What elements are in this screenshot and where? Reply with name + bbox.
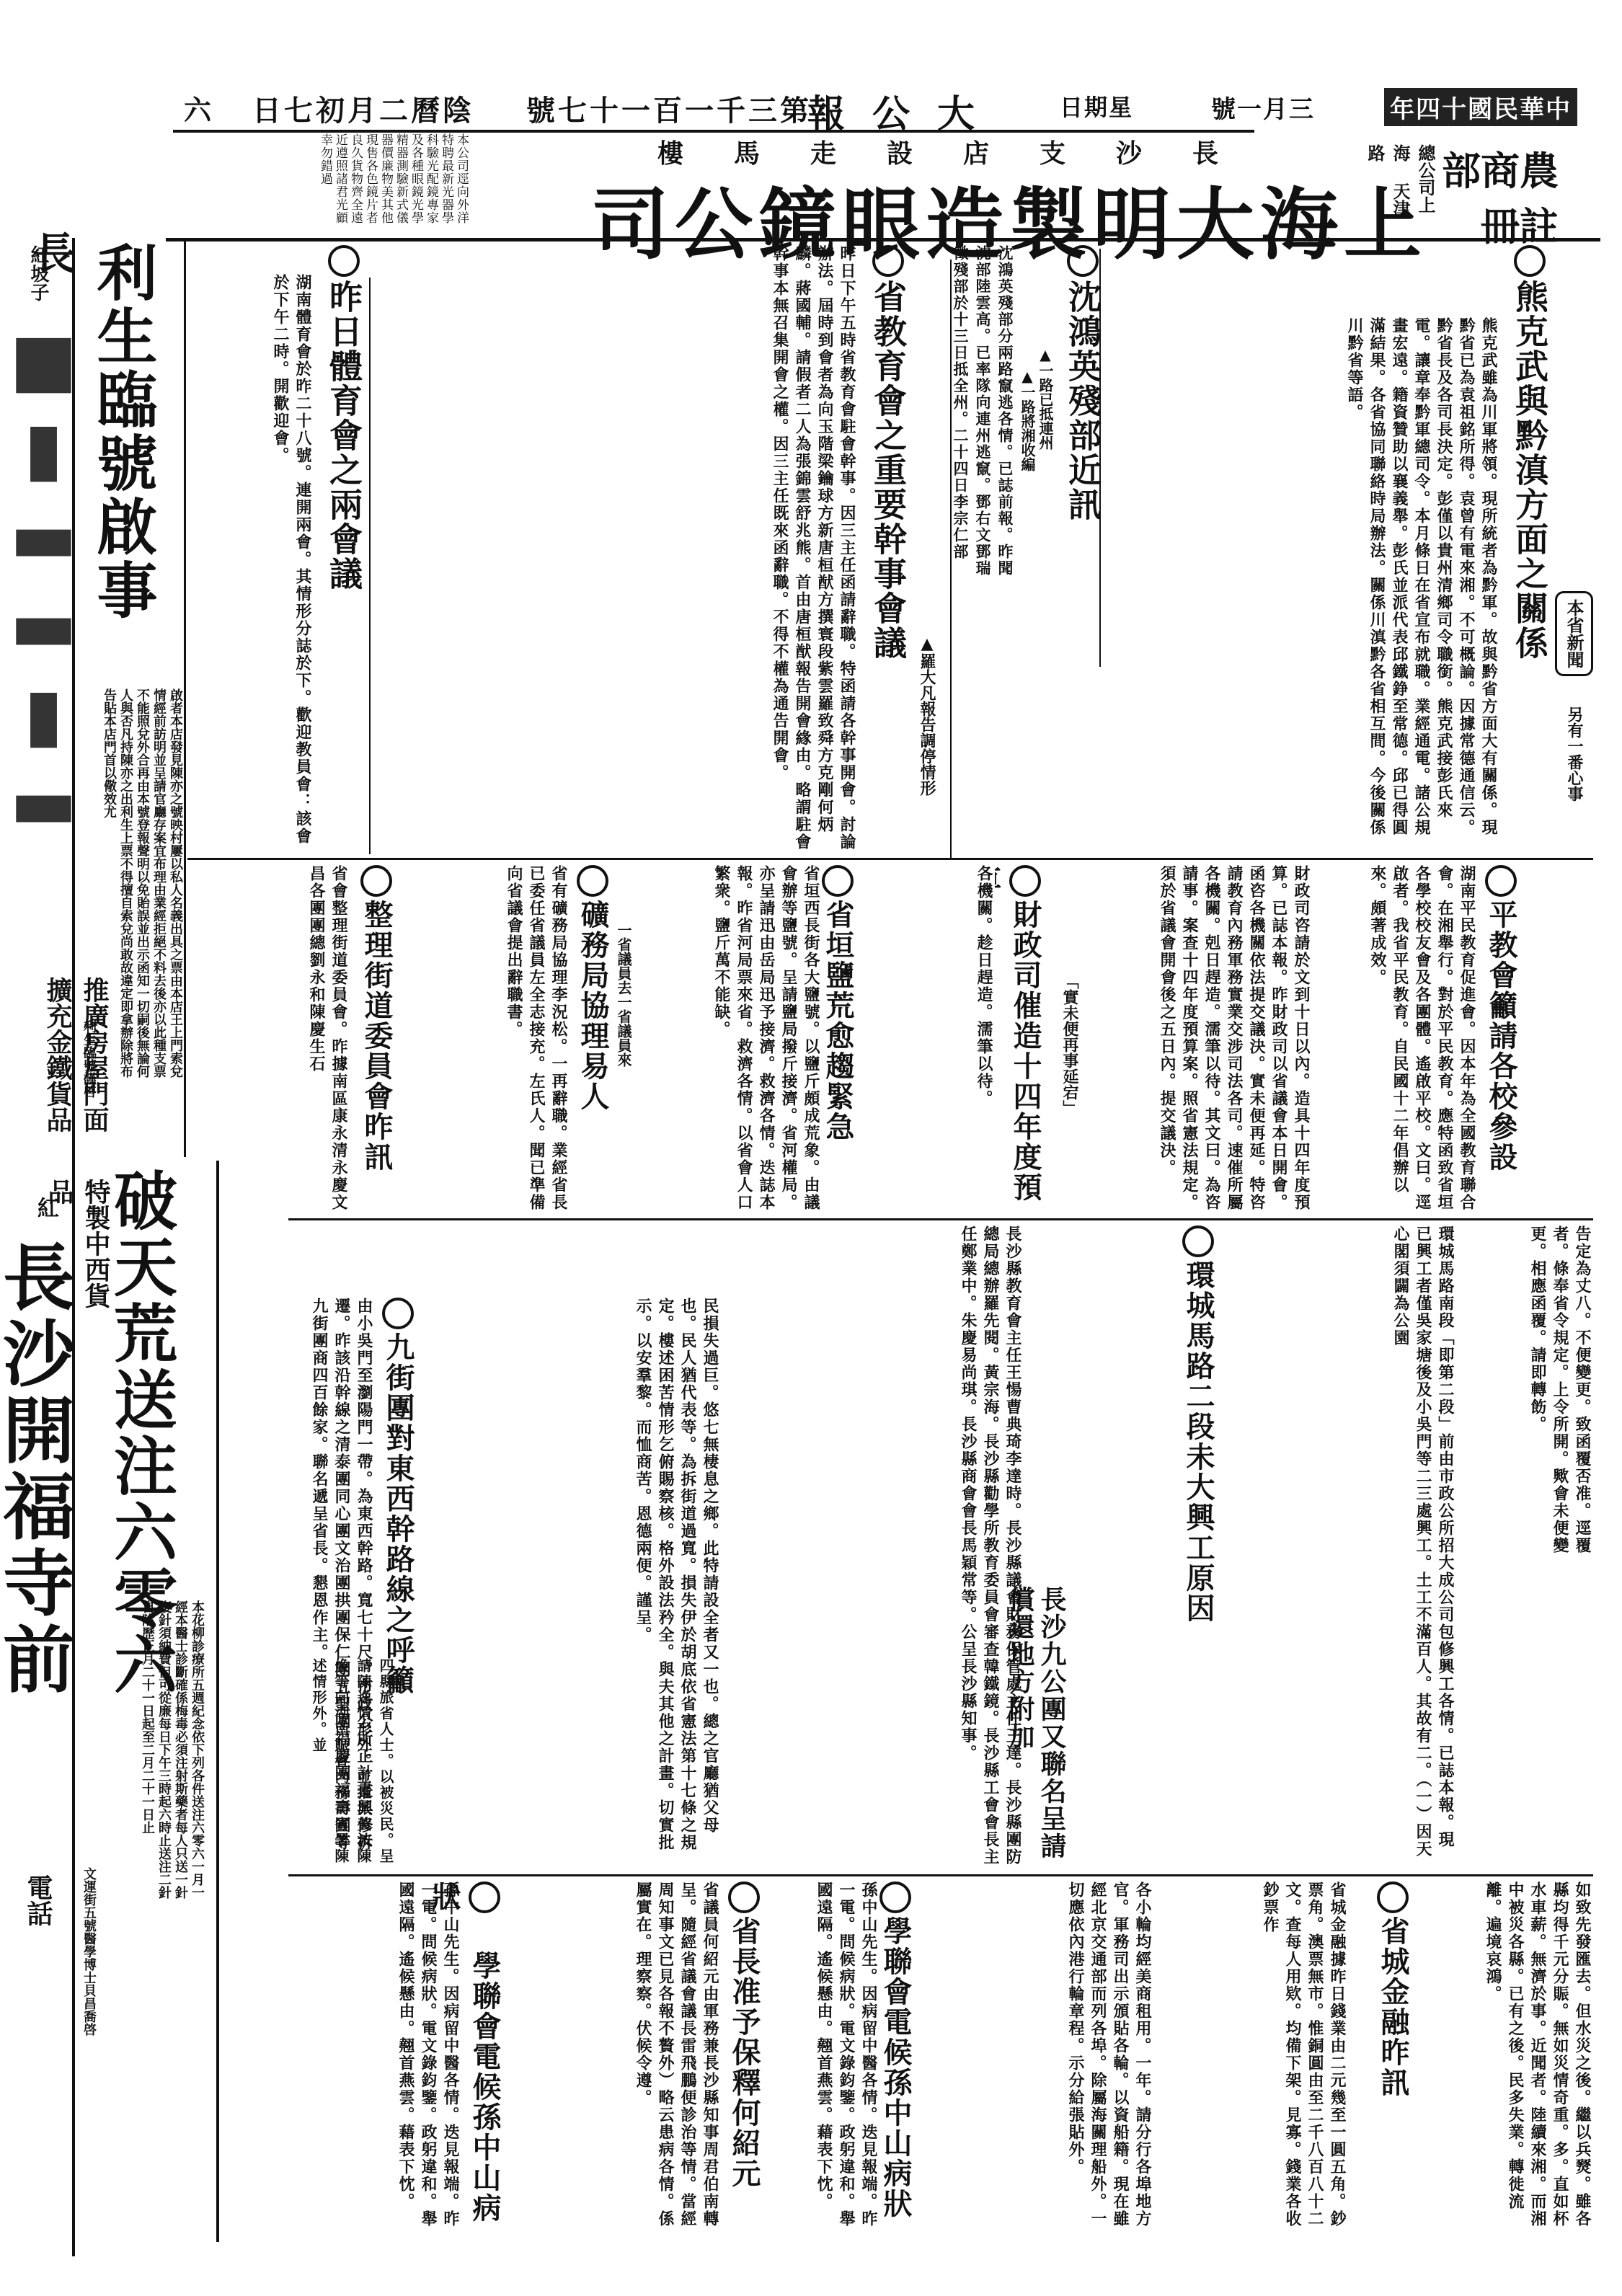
masthead: 六 陰曆二月初七日 第三千一百一十七號 大公報 星期日 三月一號 中華民國十四年 [144, 78, 1586, 128]
article-headline: 昨日體育會之兩會議 [324, 245, 364, 678]
circle-bullet-icon [1067, 245, 1099, 277]
article-body: 沈鴻英殘部分兩路竄逃各情。已誌前報。昨聞沈部陸雲高。已率隊向連州逃竄。鄧右文鄧瑞… [952, 245, 1016, 584]
issue-number: 第三千一百一十七號 [526, 88, 812, 129]
house-ad-title: 推廣房屋門面 擴充金鐵貨品 [40, 977, 113, 1143]
ad-body-text: 本公司逕向外洋特聘最新光器學科驗光配鏡專家及各種眼鏡光學精器測驗新式儀器價廉物美… [166, 133, 469, 234]
article-headline: 省城金融昨訊 [1373, 1881, 1413, 2235]
page-number: 六 [184, 88, 213, 128]
article-headline: 省垣鹽荒愈趨緊急 [817, 865, 858, 1211]
circle-bullet-icon [879, 1881, 911, 1913]
registration-line-1: 農商部 [1442, 141, 1559, 196]
row-rule-1 [187, 858, 1593, 860]
article-body: 孫中山先生。因病留中醫各情。迭見報端。昨一電。問候病狀。電文錄鈞鑒。政躬違和。舉… [779, 1881, 879, 2235]
circle-bullet-icon [1485, 865, 1517, 897]
article-subhead: 另有一番心事 [1564, 706, 1585, 802]
ad-head-offices: 總公司上海 天津路 [1362, 144, 1438, 223]
weekday: 星期日 [1060, 89, 1133, 123]
article-mining-bureau: 礦務局協理易人 一省議員去一省議員來 省有礦務局協理李況松。一再辭職。業經省長已… [418, 865, 649, 1215]
article-street-committee: 整理街道委員會昨訊 省會整理街道委員會。昨據南區康永清永慶文昌各團團總劉永和陳慶… [223, 865, 418, 1215]
article-subhead: 一省議員去一省議員來 [613, 923, 634, 1211]
article-body: 省會整理街道委員會。昨據南區康永清永慶文昌各團團總劉永和陳慶生石 [223, 865, 350, 1211]
column-rule [950, 260, 952, 858]
article-body: 如致先發匯去。但水災之後。繼以兵燹。雖各縣均得千元分賑。無如災情奇重。多。直如杯… [1413, 1881, 1593, 2235]
article-salt-crisis: 省垣鹽荒愈趨緊急 省垣西長街各大鹽號。以鹽斤頗成荒象。由議會辦等鹽號。呈請鹽局撥… [649, 865, 995, 1215]
ad-606: 破天荒送注六零六 本花柳診療所五週紀念依下列各件送注六零六一月一經本醫士診斷確係… [76, 1168, 213, 2249]
article-education-meeting: 省教育會之重要幹事會議 ▲羅大凡報告調停情形 昨日下午五時省教育會駐會幹事。因三… [375, 245, 944, 854]
section-tag-local-news: 本省新聞 [1555, 591, 1593, 676]
article-body-prev: 各小輪均經美商租用。一年。請分行各埠地方官。軍務司出示頒貼各輪。以資船籍。現在雖… [923, 1881, 1153, 2235]
circle-bullet-icon [328, 245, 360, 277]
banner-rule [166, 238, 1600, 241]
article-headline: 省長准予保釋何紹元 [724, 1881, 764, 2235]
article-body: 湖南體育會於昨二十八號。連開兩會。其情形分誌於下。歡迎教員會：該會於下午二時。開… [191, 274, 314, 851]
masthead-rule [173, 130, 1254, 133]
circle-bullet-icon [872, 245, 904, 277]
far-left-phone: 電話 [29, 1874, 48, 1926]
article-body: 省議員何紹元由軍務兼長沙縣知事周君伯南轉呈。隨經省議會議長雷飛鵬便診治等情。當經… [505, 1881, 721, 2235]
article-shen-hongying: 沈鴻英殘部近訊 ▲一路已抵連州 ▲一路將湘收編 沈鴻英殘部分兩路竄逃各情。已誌前… [952, 245, 1103, 678]
article-flood-relief: 如致先發匯去。但水災之後。繼以兵燹。雖各縣均得千元分賑。無如災情奇重。多。直如杯… [1413, 1881, 1593, 2242]
article-body-prev: 民損失過巨。悠七無棲息之鄉。此特請設全者又一也。總之官廳猶父母也。民人猶代表等。… [454, 1298, 721, 1867]
article-body-continued: 各機關。趁日趕造。濡筆以待。 [865, 865, 995, 1211]
left-ad-divider [184, 241, 186, 1157]
article-body: 環城馬路南段「即第二段」前由市政公所招大成公司包修興工各情。已誌本報。現已興工者… [1226, 1225, 1456, 1860]
republic-date: 中華民國十四年 [1384, 88, 1577, 126]
ad-registration: 農商部 註冊 [1442, 141, 1559, 252]
column-rule [369, 278, 371, 854]
lunar-date: 陰曆二月初七日 [252, 88, 474, 129]
article-headline: 整理街道委員會昨訊 [356, 865, 396, 1211]
row-rule-2 [288, 1218, 1593, 1220]
circle-bullet-icon [1514, 245, 1546, 277]
circle-bullet-icon [1182, 1225, 1214, 1257]
article-subhead: 「實未便再事延宕」 [1059, 973, 1081, 1116]
article-headline: 平教會籲請各校參設 [1481, 865, 1521, 1211]
article-headline: 學聯會電候孫中山病狀 [875, 1881, 916, 2235]
month-day: 三月一號 [1211, 89, 1315, 125]
article-sports-meeting: 昨日體育會之兩會議 湖南體育會於昨二十八號。連開兩會。其情形分誌於下。歡迎教員會… [191, 245, 371, 854]
registration-line-2: 註冊 [1442, 196, 1559, 252]
article-body: 四縣旅省人士。以被災民。呈請陳逸情形外。並推派黃波陳煥等向湖南賑會內務司省署陳述… [223, 1658, 396, 1874]
column-rule [1099, 249, 1101, 667]
article-body: 省垣西長街各大鹽號。以鹽斤頗成荒象。由議會辦等鹽號。呈請鹽局撥斤接濟。省河權局。… [649, 865, 822, 1211]
circle-bullet-icon [577, 865, 608, 897]
top-ad-banner: 長沙支店設走馬樓 上海大明製造眼鏡公司 本公司逕向外洋特聘最新光器學科驗光配鏡專… [144, 133, 1593, 234]
article-finance: 學聯會電候孫中山病狀 孫中山先生。因病留中醫各情。迭見報端。昨一電。問候病狀。電… [779, 1881, 1153, 2242]
article-civic-education: 平教會籲請各校參設 湖南平民教育促進會。因本年為全國教育聯合會。在湘舉行。對於平… [1312, 865, 1593, 1215]
circle-bullet-icon [728, 1881, 760, 1913]
article-guarantee: 省長准予保釋何紹元 省議員何紹元由軍務兼長沙縣知事周君伯南轉呈。隨經省議會議長雷… [505, 1881, 779, 2242]
article-body: 財政司咨請於文到十日以內。造具十四年度預算。已誌本報。昨財政司以省議會本日開會。… [1089, 865, 1312, 1211]
article-nine-parks: 長沙九公團又聯名呈請償還地方附加 長沙縣教育會主任王愓曹典琦李達時。長沙縣議會財… [721, 1225, 1067, 1871]
article-subhead-2: ▲一路將湘收編 [1017, 368, 1038, 471]
article-headline: 礦務局協理易人 [572, 865, 613, 1153]
circle-bullet-icon [822, 865, 854, 897]
ad-606-divider [216, 1161, 219, 2242]
circle-bullet-icon [1377, 1881, 1409, 1913]
circle-bullet-icon [1009, 865, 1041, 897]
article-body: 長沙縣教育會主任王愓曹典琦李達時。長沙縣議會財務保管處主任王達。長沙縣團防總局總… [721, 1225, 1024, 1867]
article-student-union: 學聯會電候孫中山病狀 孫中山先生。因病留中醫各情。迭見報端。昨一電。問候病狀。電… [303, 1881, 505, 2242]
article-changsha-parks: 告定為丈八。不便變更。致函覆否准。逕覆者。條奉省令規定。上令所開。歟會未便變更。… [1067, 1225, 1593, 1871]
article-subhead-1: ▲一路已抵連州 [1035, 346, 1056, 450]
article-body: 省城金融據昨日錢業由二元幾至一圓五角。鈔票角。澳票無市。惟銅圓由至二千八百八十二… [1153, 1881, 1348, 2235]
article-body: 熊克武雖為川軍將領。現所統者為黔軍。故與黔省方面大有關係。現黔省已為袁祖銘所得。… [1117, 317, 1499, 851]
article-headline: 財政司催造十四年度預算 [995, 865, 1045, 1211]
article-four-counties: 四縣旅省人士。以被災民。呈請陳逸情形外。並推派黃波陳煥等向湖南賑會內務司省署陳述… [223, 1658, 396, 1874]
circle-bullet-icon [469, 1881, 500, 1913]
article-body: 湖南平民教育促進會。因本年為全國教育聯合會。在湘舉行。對於平民教育。應特函致省垣… [1312, 865, 1478, 1211]
article-body-prev: 告定為丈八。不便變更。致函覆否准。逕覆者。條奉省令規定。上令所開。歟會未便變更。… [1471, 1225, 1593, 1586]
article-headline: 沈鴻英殘部近訊 [1063, 245, 1103, 591]
article-headline: 熊克武與黔滇方面之關係 [1510, 245, 1550, 851]
circle-bullet-icon [382, 1298, 414, 1329]
article-headline: 省教育會之重要幹事會議 [868, 245, 908, 851]
ad-606-body: 本花柳診療所五週紀念依下列各件送注六零六一月一經本醫士診斷確係梅毒必須注射斯藥者… [76, 1600, 205, 1903]
article-budget: 財政司催造十四年度預算 「實未便再事延宕」 財政司咨請於文到十日以內。造具十四年… [995, 865, 1312, 1215]
article-headline: 環城馬路二段未大興工原因 [1178, 1225, 1218, 1860]
article-body: 昨日下午五時省教育會駐會幹事。因三主任函請辭職。特函請各幹事開會。討論辦法。屆時… [375, 245, 858, 851]
article-body: 孫中山先生。因病留中醫各情。迭見報端。昨一電。問候病狀。電文錄鈞鑒。政躬違和。舉… [303, 1881, 461, 2235]
article-xiong-kewu: 熊克武與黔滇方面之關係 本省新聞 另有一番心事 熊克武雖為川軍將領。現所統者為黔… [1103, 245, 1593, 854]
ad-606-signature: 文運街五號醫學博士貝昌喬啓 [79, 1867, 98, 2036]
article-steamers: 省城金融昨訊 省城金融據昨日錢業由二元幾至一圓五角。鈔票角。澳票無市。惟銅圓由至… [1153, 1881, 1413, 2242]
circle-bullet-icon [360, 865, 392, 897]
article-body: 省有礦務局協理李況松。一再辭職。業經省長已委任省議員左全志接充。左氏人。聞已準備… [425, 865, 570, 1211]
lisheng-title: 利生臨號啟事 [90, 241, 155, 688]
row-rule-3 [288, 1874, 1593, 1876]
article-subhead: ▲羅大凡報告調停情形 [916, 634, 939, 796]
